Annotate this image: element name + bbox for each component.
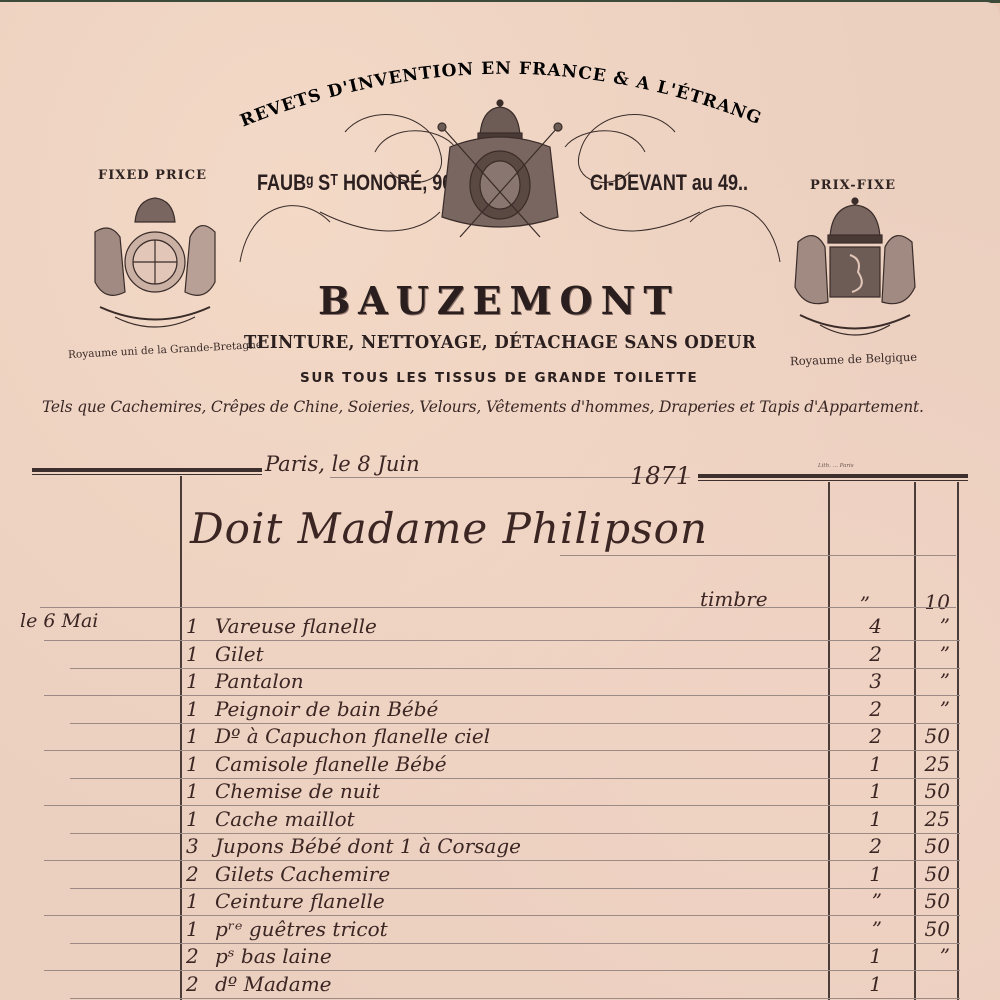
item-qty: 1: [186, 807, 199, 831]
cents-column-end: [957, 482, 959, 1000]
belgian-royal-arms-icon: [780, 197, 930, 347]
address-right: CI-DEVANT au 49..: [590, 170, 748, 196]
row-rule: [44, 860, 960, 861]
item-qty: 1: [186, 697, 199, 721]
item-cents: ”: [916, 697, 950, 721]
item-cents: 50: [916, 889, 950, 913]
printer-credit: Lith. ... Paris: [818, 463, 854, 469]
item-francs: 1: [842, 779, 882, 803]
belgium-caption: Royaume de Belgique: [790, 350, 918, 368]
item-description: Peignoir de bain Bébé: [215, 697, 438, 721]
header-rule-right: [698, 474, 968, 478]
uk-royal-arms-icon: [80, 192, 230, 342]
address-left: FAUBᵍ Sᵀ HONORÉ, 90: [257, 170, 452, 196]
header-rule-left-thin: [32, 474, 262, 475]
date-entry: le 6 Mai: [20, 610, 98, 632]
item-description: Camisole flanelle Bébé: [215, 752, 447, 776]
item-cents: 50: [916, 834, 950, 858]
row-rule: [44, 640, 960, 641]
item-francs: 2: [842, 642, 882, 666]
item-cents: 25: [916, 752, 950, 776]
row-rule: [44, 915, 960, 916]
item-cents: 50: [916, 862, 950, 886]
row-rule: [70, 778, 960, 779]
row-rule: [70, 668, 960, 669]
item-francs: 1: [842, 944, 882, 968]
item-qty: 2: [186, 944, 199, 968]
row-rule: [70, 943, 960, 944]
item-francs: ”: [842, 917, 882, 941]
item-cents: ”: [916, 944, 950, 968]
services-subline: SUR TOUS LES TISSUS DE GRANDE TOILETTE: [300, 370, 698, 386]
item-cents: ”: [916, 642, 950, 666]
company-name: BAUZEMONT: [318, 278, 680, 323]
item-qty: 2: [186, 862, 199, 886]
date-column-divider: [180, 476, 182, 1000]
item-qty: 1: [186, 752, 199, 776]
item-francs: ”: [842, 889, 882, 913]
invoice-page: BREVETS D'INVENTION EN FRANCE & A L'ÉTRA…: [0, 2, 1000, 1000]
item-francs: 2: [842, 697, 882, 721]
item-description: Dº à Capuchon flanelle ciel: [215, 724, 490, 748]
item-francs: 2: [842, 724, 882, 748]
item-francs: 1: [842, 862, 882, 886]
item-francs: 1: [842, 807, 882, 831]
fabrics-line: Tels que Cachemires, Crêpes de Chine, So…: [42, 398, 924, 416]
item-description: Gilets Cachemire: [215, 862, 390, 886]
stamp-row-rule: [40, 607, 956, 608]
item-qty: 1: [186, 779, 199, 803]
place-date: Paris, le 8 Juin: [265, 452, 420, 476]
uk-caption: Royaume uni de la Grande-Bretagne: [68, 339, 263, 361]
item-description: dº Madame: [215, 972, 332, 996]
item-description: Gilet: [215, 642, 264, 666]
row-rule: [44, 750, 960, 751]
item-francs: 1: [842, 752, 882, 776]
item-qty: 1: [186, 614, 199, 638]
item-cents: 25: [916, 807, 950, 831]
header-rule-left: [32, 468, 262, 472]
row-rule: [70, 723, 960, 724]
fixed-price-label: FIXED PRICE: [98, 168, 207, 183]
item-qty: 2: [186, 972, 199, 996]
item-francs: 1: [842, 972, 882, 996]
stamp-cents: 10: [916, 590, 950, 614]
stamp-francs: ”: [840, 592, 870, 616]
item-description: Chemise de nuit: [215, 779, 380, 803]
imperial-coat-of-arms-icon: [430, 97, 570, 242]
item-description: Vareuse flanelle: [215, 614, 377, 638]
item-qty: 1: [186, 669, 199, 693]
item-cents: 50: [916, 779, 950, 803]
item-qty: 1: [186, 917, 199, 941]
item-description: pˢ bas laine: [215, 944, 332, 968]
item-qty: 1: [186, 889, 199, 913]
row-rule: [70, 998, 960, 999]
item-qty: 1: [186, 642, 199, 666]
invoice-year: 1871: [630, 462, 691, 490]
item-cents: ”: [916, 614, 950, 638]
item-qty: 1: [186, 724, 199, 748]
row-rule: [44, 805, 960, 806]
item-description: pʳᵉ guêtres tricot: [215, 917, 388, 941]
item-francs: 4: [842, 614, 882, 638]
header-rule-right-thin: [698, 480, 968, 481]
francs-column-divider: [828, 482, 830, 1000]
item-description: Cache maillot: [215, 807, 355, 831]
prix-fixe-label: PRIX-FIXE: [810, 178, 896, 193]
debtor-line: Doit Madame Philipson: [190, 504, 708, 553]
item-description: Pantalon: [215, 669, 304, 693]
item-cents: 50: [916, 724, 950, 748]
services-line: TEINTURE, NETTOYAGE, DÉTACHAGE SANS ODEU…: [244, 332, 756, 353]
item-description: Ceinture flanelle: [215, 889, 385, 913]
debtor-underline: [560, 555, 956, 556]
item-francs: 2: [842, 834, 882, 858]
item-description: Jupons Bébé dont 1 à Corsage: [215, 834, 521, 858]
row-rule: [44, 695, 960, 696]
row-rule: [44, 970, 960, 971]
item-cents: ”: [916, 669, 950, 693]
item-francs: 3: [842, 669, 882, 693]
row-rule: [70, 888, 960, 889]
item-cents: 50: [916, 917, 950, 941]
item-qty: 3: [186, 834, 199, 858]
